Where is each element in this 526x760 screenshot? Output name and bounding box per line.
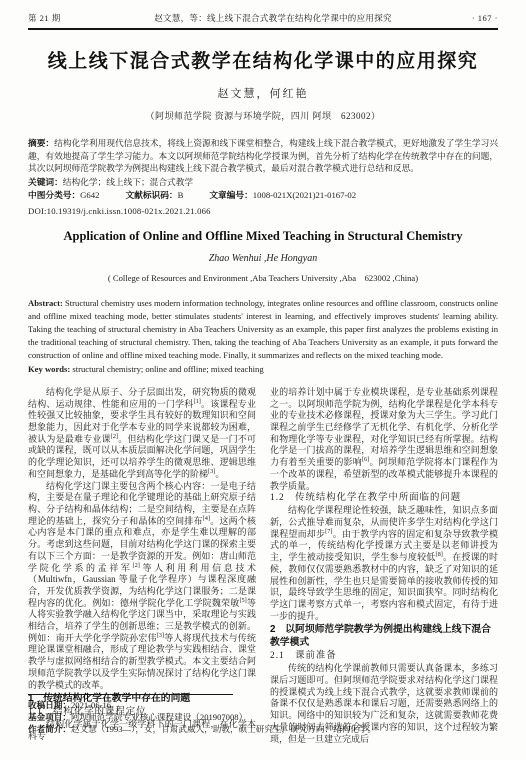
footnote-divider <box>28 694 233 695</box>
footnote-bio-value: 赵文慧（1993—），女，甘肃武威人，助教，硕士研究生，研究方向：结构化学。 <box>71 724 376 734</box>
clc-value: G642 <box>80 190 99 200</box>
footnote-fund: 基金项目：阿坝师范学院专业核心课程建设（201907008） <box>28 711 498 723</box>
footnote-received-label: 收稿日期： <box>28 700 71 710</box>
journal-page: 第 21 期 赵文慧，等：线上线下混合式教学在结构化学课中的应用探究 · 167… <box>0 0 526 760</box>
keywords-cn-label: 关键词： <box>28 177 63 187</box>
article-affiliation-en: ( College of Resources and Environment ,… <box>28 272 498 284</box>
doi-line: DOI:10.19319/j.cnki.issn.1008-021x.2021.… <box>28 206 498 216</box>
keywords-cn: 关键词：结构化学；线上线下；混合式教学 <box>28 176 498 189</box>
footnote-block: 收稿日期：2021-06-16 基金项目：阿坝师范学院专业核心课程建设（2019… <box>28 694 498 736</box>
footnote-bio-label: 作者简介： <box>28 724 71 734</box>
clc-label: 中图分类号： <box>28 190 80 200</box>
abstract-cn-label: 摘要： <box>28 138 54 148</box>
document-code-label: 文献标识码： <box>125 190 177 200</box>
keywords-en: Key words: structural chemistry; online … <box>28 363 498 376</box>
body-columns: 结构化学是从原子、分子层面出发，研究物质的微观结构、运动规律、性能和应用的一门学… <box>28 387 498 745</box>
abstract-en-text: Structural chemistry uses modern informa… <box>28 298 498 360</box>
clc-number: 中图分类号：G642 <box>28 189 99 202</box>
column-left: 结构化学是从原子、分子层面出发，研究物质的微观结构、运动规律、性能和应用的一门学… <box>28 387 256 745</box>
subsection-heading-1-2: 1.2 传统结构化学在教学中所面临的问题 <box>270 492 498 505</box>
paragraph: 结构化学课程理论性较强，缺乏趣味性，知识点多面新，公式推导难而复杂，从而使许多学… <box>270 505 498 622</box>
header-issue: 第 21 期 <box>28 12 98 24</box>
article-authors-cn: 赵文慧，何红艳 <box>28 85 498 101</box>
abstract-cn-text: 结构化学利用现代信息技术，将线上资源和线下课堂相整合，构建线上线下混合教学模式，… <box>28 138 498 173</box>
section-heading-2: 2 以阿坝师范学院教学为例提出构建线上线下混合教学模式 <box>270 623 498 649</box>
article-title-cn: 线上线下混合式教学在结构化学课中的应用探究 <box>28 46 498 73</box>
article-id: 文章编号：1008-021X(2021)21-0167-02 <box>209 189 356 202</box>
footnote-received-value: 2021-06-16 <box>71 700 111 710</box>
header-running-title: 赵文慧，等：线上线下混合式教学在结构化学课中的应用探究 <box>98 12 448 24</box>
footnote-fund-label: 基金项目： <box>28 712 71 722</box>
keywords-cn-text: 结构化学；线上线下；混合式教学 <box>63 177 193 187</box>
article-id-value: 1008-021X(2021)21-0167-02 <box>253 190 356 200</box>
subsection-heading-2-1: 2.1 课前准备 <box>270 650 498 663</box>
footnote-bio: 作者简介：赵文慧（1993—），女，甘肃武威人，助教，硕士研究生，研究方向：结构… <box>28 723 498 735</box>
keywords-en-text: structural chemistry; online and offline… <box>72 364 263 374</box>
article-title-en: Application of Online and Offline Mixed … <box>28 229 498 244</box>
footnote-fund-value: 阿坝师范学院专业核心课程建设（201907008） <box>71 712 247 722</box>
abstract-en: Abstract: Structural chemistry uses mode… <box>28 297 498 362</box>
header-rule <box>28 28 498 30</box>
article-authors-en: Zhao Wenhui ,He Hongyan <box>28 253 498 264</box>
journal-header: 第 21 期 赵文慧，等：线上线下混合式教学在结构化学课中的应用探究 · 167… <box>28 12 498 24</box>
column-right: 业的培养计划中属于专业模块课程，是专业基础系列课程之一。以阿坝师范学院为例，结构… <box>270 387 498 745</box>
article-id-label: 文章编号： <box>209 190 252 200</box>
footnote-received: 收稿日期：2021-06-16 <box>28 699 498 711</box>
abstract-cn: 摘要：结构化学利用现代信息技术，将线上资源和线下课堂相整合，构建线上线下混合教学… <box>28 137 498 175</box>
footnote: 收稿日期：2021-06-16 基金项目：阿坝师范学院专业核心课程建设（2019… <box>28 699 498 736</box>
paragraph: 业的培养计划中属于专业模块课程，是专业基础系列课程之一。以阿坝师范学院为例，结构… <box>270 387 498 492</box>
article-affiliation-cn: （阿坝师范学院 资源与环境学院，四川 阿坝 623002） <box>28 109 498 122</box>
keywords-en-label: Key words: <box>28 364 70 374</box>
header-page-number: · 167 · <box>448 13 498 23</box>
abstract-en-label: Abstract: <box>28 298 63 308</box>
document-code-value: B <box>178 190 184 200</box>
paragraph: 结构化学是从原子、分子层面出发，研究物质的微观结构、运动规律、性能和应用的一门学… <box>28 387 256 481</box>
document-code: 文献标识码：B <box>125 189 183 202</box>
paragraph: 结构化学这门课主要包含两个核心内容：一是电子结构，主要是在量子理论和化学键理论的… <box>28 481 256 692</box>
meta-row: 中图分类号：G642 文献标识码：B 文章编号：1008-021X(2021)2… <box>28 189 498 202</box>
